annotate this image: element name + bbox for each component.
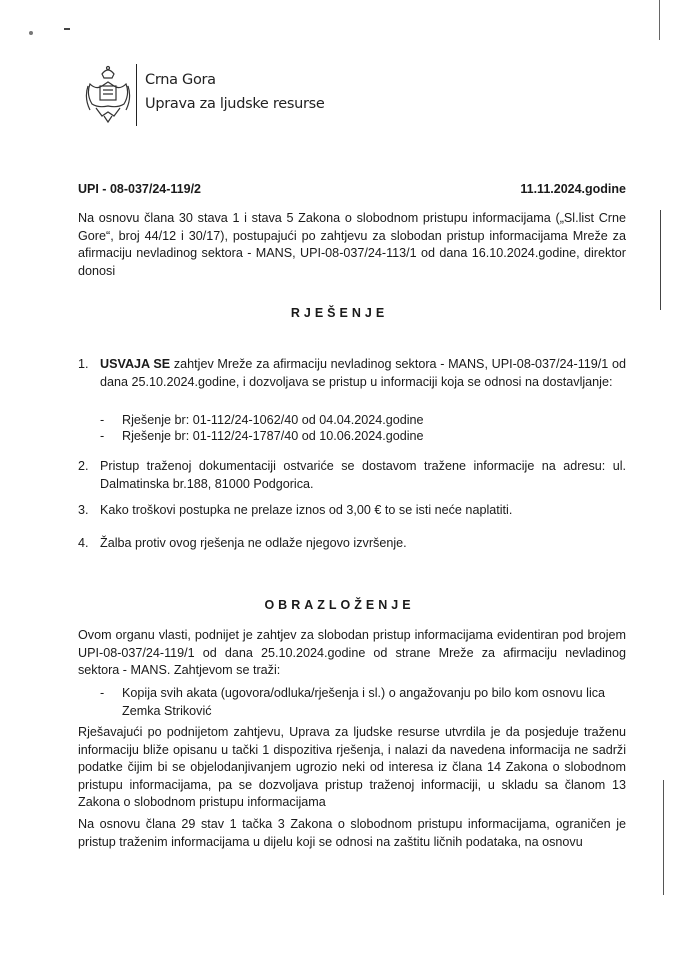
scan-edge-line	[663, 780, 664, 895]
item-text: zahtjev Mreže za afirmaciju nevladinog s…	[100, 357, 626, 389]
reference-date: 11.11.2024.godine	[520, 182, 626, 196]
decision-item-3: 3. Kako troškovi postupka ne prelaze izn…	[78, 502, 626, 520]
reference-number: UPI - 08-037/24-119/2	[78, 182, 201, 196]
subitem-text: Rješenje br: 01-112/24-1062/40 od 04.04.…	[122, 412, 626, 430]
coat-of-arms-icon	[82, 64, 134, 126]
scan-edge-line	[660, 210, 661, 310]
decision-heading: RJEŠENJE	[0, 306, 679, 320]
reasoning-heading: OBRAZLOŽENJE	[0, 598, 679, 612]
request-item: -Kopija svih akata (ugovora/odluka/rješe…	[100, 685, 626, 720]
decision-item-2: 2. Pristup traženoj dokumentaciji ostvar…	[78, 458, 626, 493]
reasoning-paragraph-2: Rješavajući po podnijetom zahtjevu, Upra…	[78, 724, 626, 812]
decision-subitem: -Rješenje br: 01-112/24-1062/40 od 04.04…	[100, 412, 626, 430]
request-item-text: Kopija svih akata (ugovora/odluka/rješen…	[122, 685, 626, 720]
item-number: 1.	[78, 356, 100, 391]
scan-artifact-mark	[29, 31, 33, 35]
header-divider	[136, 64, 137, 126]
reference-line: UPI - 08-037/24-119/2 11.11.2024.godine	[78, 182, 626, 196]
subitem-text: Rješenje br: 01-112/24-1787/40 od 10.06.…	[122, 428, 626, 446]
decision-item-4: 4. Žalba protiv ovog rješenja ne odlaže …	[78, 535, 626, 553]
header-institution-block: Crna Gora Uprava za ljudske resurse	[145, 68, 325, 116]
scan-edge-line	[659, 0, 660, 40]
decision-item-1: 1. USVAJA SE zahtjev Mreže za afirmaciju…	[78, 356, 626, 391]
reasoning-paragraph-3: Na osnovu člana 29 stav 1 tačka 3 Zakona…	[78, 816, 626, 851]
scan-artifact-mark	[64, 28, 70, 30]
institution-name: Uprava za ljudske resurse	[145, 92, 325, 116]
item-number: 4.	[78, 535, 100, 553]
item-text: Pristup traženoj dokumentaciji ostvariće…	[100, 458, 626, 493]
item-number: 2.	[78, 458, 100, 493]
item-bold-lead: USVAJA SE	[100, 357, 170, 371]
decision-subitem: -Rješenje br: 01-112/24-1787/40 od 10.06…	[100, 428, 626, 446]
item-number: 3.	[78, 502, 100, 520]
item-text: Kako troškovi postupka ne prelaze iznos …	[100, 502, 626, 520]
item-text: Žalba protiv ovog rješenja ne odlaže nje…	[100, 535, 626, 553]
country-name: Crna Gora	[145, 68, 325, 92]
intro-paragraph: Na osnovu člana 30 stava 1 i stava 5 Zak…	[78, 210, 626, 280]
reasoning-paragraph-1: Ovom organu vlasti, podnijet je zahtjev …	[78, 627, 626, 680]
